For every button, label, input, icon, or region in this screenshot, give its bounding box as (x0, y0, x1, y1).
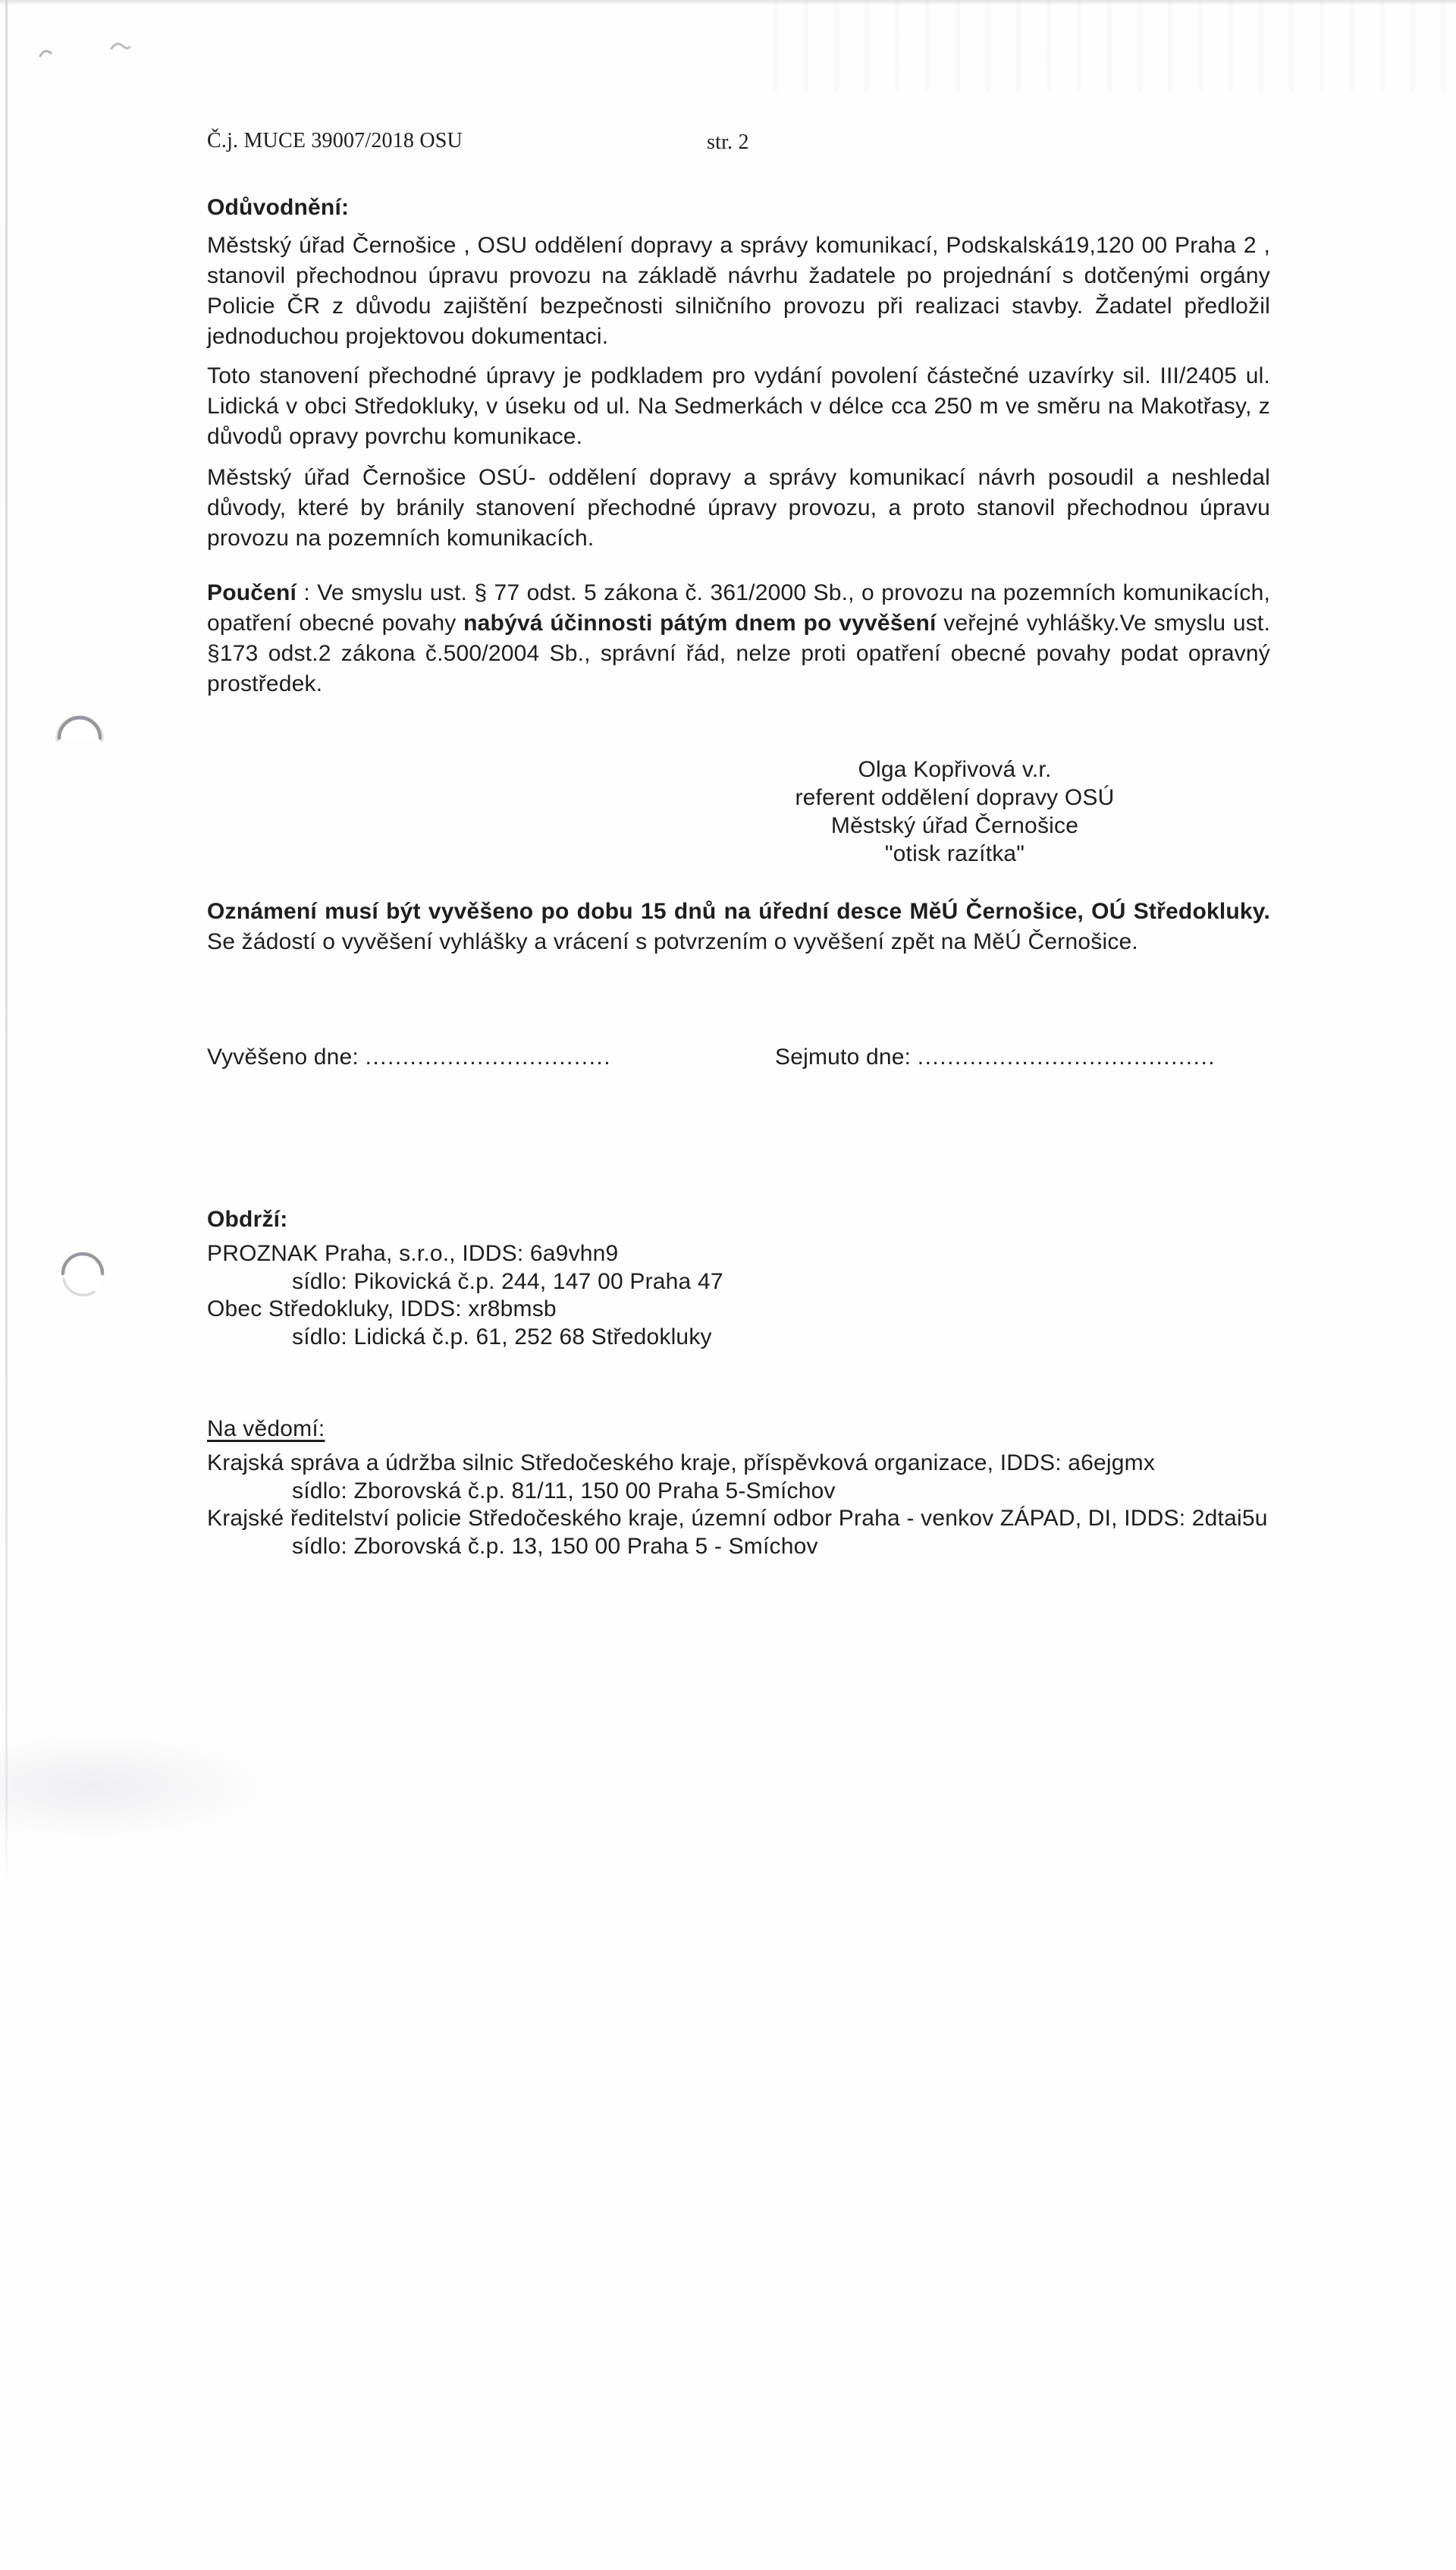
pen-mark-tilde (109, 39, 132, 55)
recipients-list: PROZNAK Praha, s.r.o., IDDS: 6a9vhn9 síd… (207, 1240, 1270, 1351)
cc-name: Krajské ředitelství policie Středočeskéh… (207, 1505, 1270, 1533)
pouceni-label: Poučení (207, 580, 297, 605)
signatory-name: Olga Kopřivová v.r. (423, 756, 1456, 784)
punch-hole-artifact-top (38, 691, 121, 752)
cc-address: sídlo: Zborovská č.p. 13, 150 00 Praha 5… (207, 1533, 1270, 1561)
document-header-row: Č.j. MUCE 39007/2018 OSU str. 2 (207, 126, 1270, 156)
page-number: str. 2 (707, 127, 749, 158)
removed-date-line: Sejmuto dne: ...........................… (775, 1042, 1216, 1073)
recipient-address: sídlo: Pikovická č.p. 244, 147 00 Praha … (207, 1268, 1270, 1296)
punch-hole-artifact-bottom (41, 1227, 124, 1311)
paragraph-pouceni: Poučení : Ve smyslu ust. § 77 odst. 5 zá… (207, 578, 1270, 699)
signatory-office: Městský úřad Černošice (423, 812, 1456, 840)
removed-date-label: Sejmuto dne: (775, 1045, 911, 1070)
removed-date-dotted-line: ........................................ (918, 1045, 1216, 1070)
posting-dates-row: Vyvěšeno dne: ..........................… (207, 1042, 1270, 1073)
recipients-heading: Obdrží: (207, 1205, 1270, 1235)
paragraph-justification-2: Toto stanovení přechodné úpravy je podkl… (207, 361, 1270, 452)
oznameni-bold-text: Oznámení musí být vyvěšeno po dobu 15 dn… (207, 899, 1270, 924)
pen-mark-caret (38, 46, 58, 61)
scan-left-edge-line (5, 0, 8, 1883)
recipients-section: Obdrží: PROZNAK Praha, s.r.o., IDDS: 6a9… (207, 1205, 1270, 1351)
posted-date-line: Vyvěšeno dne: ..........................… (207, 1045, 611, 1070)
stamp-placeholder: "otisk razítka" (423, 840, 1456, 868)
cc-list: Krajská správa a údržba silnic Středočes… (207, 1450, 1270, 1560)
paragraph-justification-1: Městský úřad Černošice , OSU oddělení do… (207, 231, 1270, 352)
document-content: Č.j. MUCE 39007/2018 OSU str. 2 Odůvodně… (207, 0, 1270, 2570)
reference-number: Č.j. MUCE 39007/2018 OSU (207, 129, 463, 152)
posted-date-label: Vyvěšeno dne: (207, 1045, 359, 1070)
pouceni-bold-text: nabývá účinnosti pátým dnem po vyvěšení (463, 611, 936, 636)
section-heading-oduvodneni: Odůvodnění: (207, 193, 1270, 223)
signatory-title: referent oddělení dopravy OSÚ (423, 784, 1456, 812)
recipient-name: Obec Středokluky, IDDS: xr8bmsb (207, 1296, 1270, 1324)
paragraph-oznameni: Oznámení musí být vyvěšeno po dobu 15 dn… (207, 897, 1270, 957)
cc-address: sídlo: Zborovská č.p. 81/11, 150 00 Prah… (207, 1478, 1270, 1506)
posted-date-dotted-line: ................................. (366, 1045, 612, 1070)
recipient-address: sídlo: Lidická č.p. 61, 252 68 Středoklu… (207, 1324, 1270, 1352)
cc-heading: Na vědomí: (207, 1414, 1270, 1444)
cc-section: Na vědomí: Krajská správa a údržba silni… (207, 1414, 1270, 1560)
scanned-document-page: Č.j. MUCE 39007/2018 OSU str. 2 Odůvodně… (0, 0, 1456, 2570)
cc-name: Krajská správa a údržba silnic Středočes… (207, 1450, 1270, 1478)
recipient-name: PROZNAK Praha, s.r.o., IDDS: 6a9vhn9 (207, 1240, 1270, 1268)
signature-block: Olga Kopřivová v.r. referent oddělení do… (423, 756, 1456, 868)
oznameni-normal-text: Se žádostí o vyvěšení vyhlášky a vrácení… (207, 929, 1138, 954)
paragraph-justification-3: Městský úřad Černošice OSÚ- oddělení dop… (207, 463, 1270, 554)
